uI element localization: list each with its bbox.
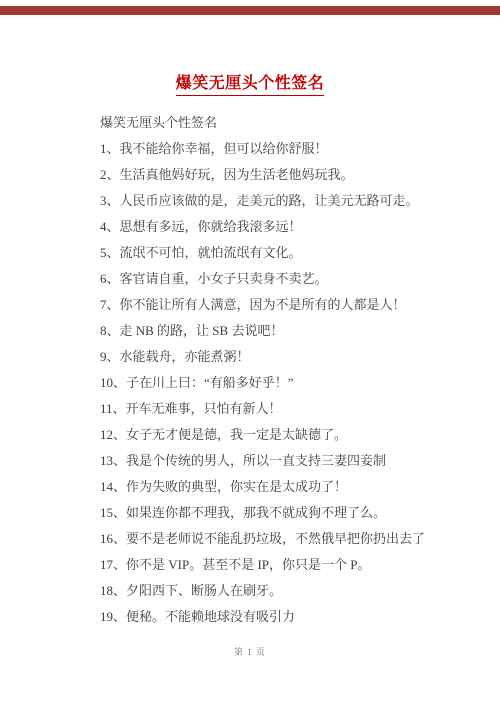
signature-line: 3、人民币应该做的是，走美元的路，让美元无路可走。 (100, 188, 470, 214)
document-title: 爆笑无厘头个性签名 (0, 70, 500, 96)
signature-line: 16、要不是老师说不能乱扔垃圾，不然俄早把你扔出去了 (100, 526, 470, 552)
page-number: 第 1 页 (0, 645, 500, 659)
signature-line: 14、作为失败的典型，你实在是太成功了！ (100, 474, 470, 500)
signature-line: 18、夕阳西下、断肠人在刷牙。 (100, 578, 470, 604)
signature-line: 11、开车无难事，只怕有新人！ (100, 396, 470, 422)
signature-line: 10、子在川上曰：“有船多好乎！” (100, 370, 470, 396)
signature-line: 9、水能载舟，亦能煮粥！ (100, 344, 470, 370)
signature-line: 6、客官请自重，小女子只卖身不卖艺。 (100, 266, 470, 292)
document-page: 爆笑无厘头个性签名 爆笑无厘头个性签名 1、我不能给你幸福，但可以给你舒服！ 2… (0, 0, 500, 708)
signature-line: 4、思想有多远，你就给我滚多远！ (100, 214, 470, 240)
document-body: 爆笑无厘头个性签名 1、我不能给你幸福，但可以给你舒服！ 2、生活真他妈好玩，因… (100, 110, 470, 630)
signature-line: 12、女子无才便是德，我一定是太缺德了。 (100, 422, 470, 448)
subtitle: 爆笑无厘头个性签名 (100, 110, 470, 136)
signature-line: 17、你不是 VIP。甚至不是 IP，你只是一个 P。 (100, 552, 470, 578)
signature-line: 2、生活真他妈好玩，因为生活老他妈玩我。 (100, 162, 470, 188)
top-red-bar (0, 6, 500, 15)
signature-line: 15、如果连你都不理我，那我不就成狗不理了么。 (100, 500, 470, 526)
signature-line: 1、我不能给你幸福，但可以给你舒服！ (100, 136, 470, 162)
signature-line: 8、走 NB 的路，让 SB 去说吧！ (100, 318, 470, 344)
signature-line: 5、流氓不可怕，就怕流氓有文化。 (100, 240, 470, 266)
signature-line: 13、我是个传统的男人，所以一直支持三妻四妾制 (100, 448, 470, 474)
signature-line: 19、便秘。不能赖地球没有吸引力 (100, 604, 470, 630)
signature-line: 7、你不能让所有人满意，因为不是所有的人都是人！ (100, 292, 470, 318)
document-title-text: 爆笑无厘头个性签名 (176, 70, 325, 96)
